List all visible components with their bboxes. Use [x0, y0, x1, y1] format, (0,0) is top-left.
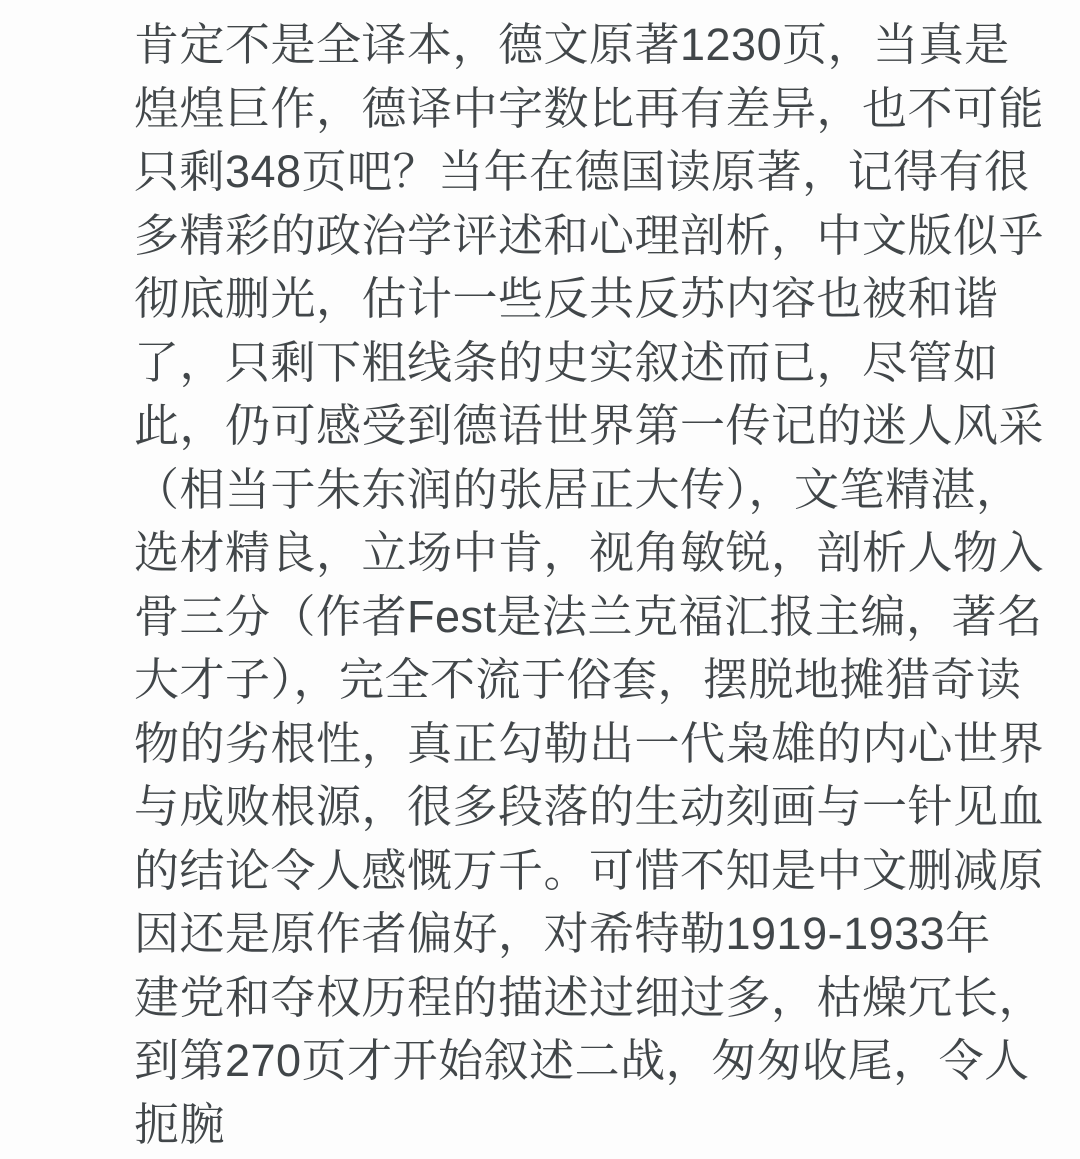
review-text-line: 因还是原作者偏好，对希特勒1919-1933年 [134, 902, 992, 966]
review-text-line: 彻底删光，估计一些反共反苏内容也被和谐 [134, 267, 992, 331]
review-text-line: 此，仍可感受到德语世界第一传记的迷人风采 [134, 394, 992, 458]
review-text-line: 骨三分（作者Fest是法兰克福汇报主编，著名 [134, 585, 992, 649]
review-text-block: 肯定不是全译本，德文原著1230页，当真是 煌煌巨作，德译中字数比再有差异，也不… [0, 0, 1080, 1159]
review-text-line: 了，只剩下粗线条的史实叙述而已，尽管如 [134, 331, 992, 395]
review-text-line: 与成败根源，很多段落的生动刻画与一针见血 [134, 775, 992, 839]
review-text-line: 的结论令人感慨万千。可惜不知是中文删减原 [134, 839, 992, 903]
review-text-line: 建党和夺权历程的描述过细过多，枯燥冗长， [134, 966, 992, 1030]
review-text-line: 选材精良，立场中肯，视角敏锐，剖析人物入 [134, 521, 992, 585]
review-text-line: 物的劣根性，真正勾勒出一代枭雄的内心世界 [134, 712, 992, 776]
review-text-line: 到第270页才开始叙述二战，匆匆收尾，令人 [134, 1029, 992, 1093]
review-text-line: 多精彩的政治学评述和心理剖析，中文版似乎 [134, 204, 992, 268]
review-text-line: 大才子），完全不流于俗套，摆脱地摊猎奇读 [134, 648, 992, 712]
review-text-line: 肯定不是全译本，德文原著1230页，当真是 [134, 13, 992, 77]
review-text-line: 煌煌巨作，德译中字数比再有差异，也不可能 [134, 77, 992, 141]
review-text-line: （相当于朱东润的张居正大传），文笔精湛， [134, 458, 992, 522]
review-text-line: 扼腕 [134, 1093, 992, 1157]
review-text-line: 只剩348页吧？当年在德国读原著，记得有很 [134, 140, 992, 204]
